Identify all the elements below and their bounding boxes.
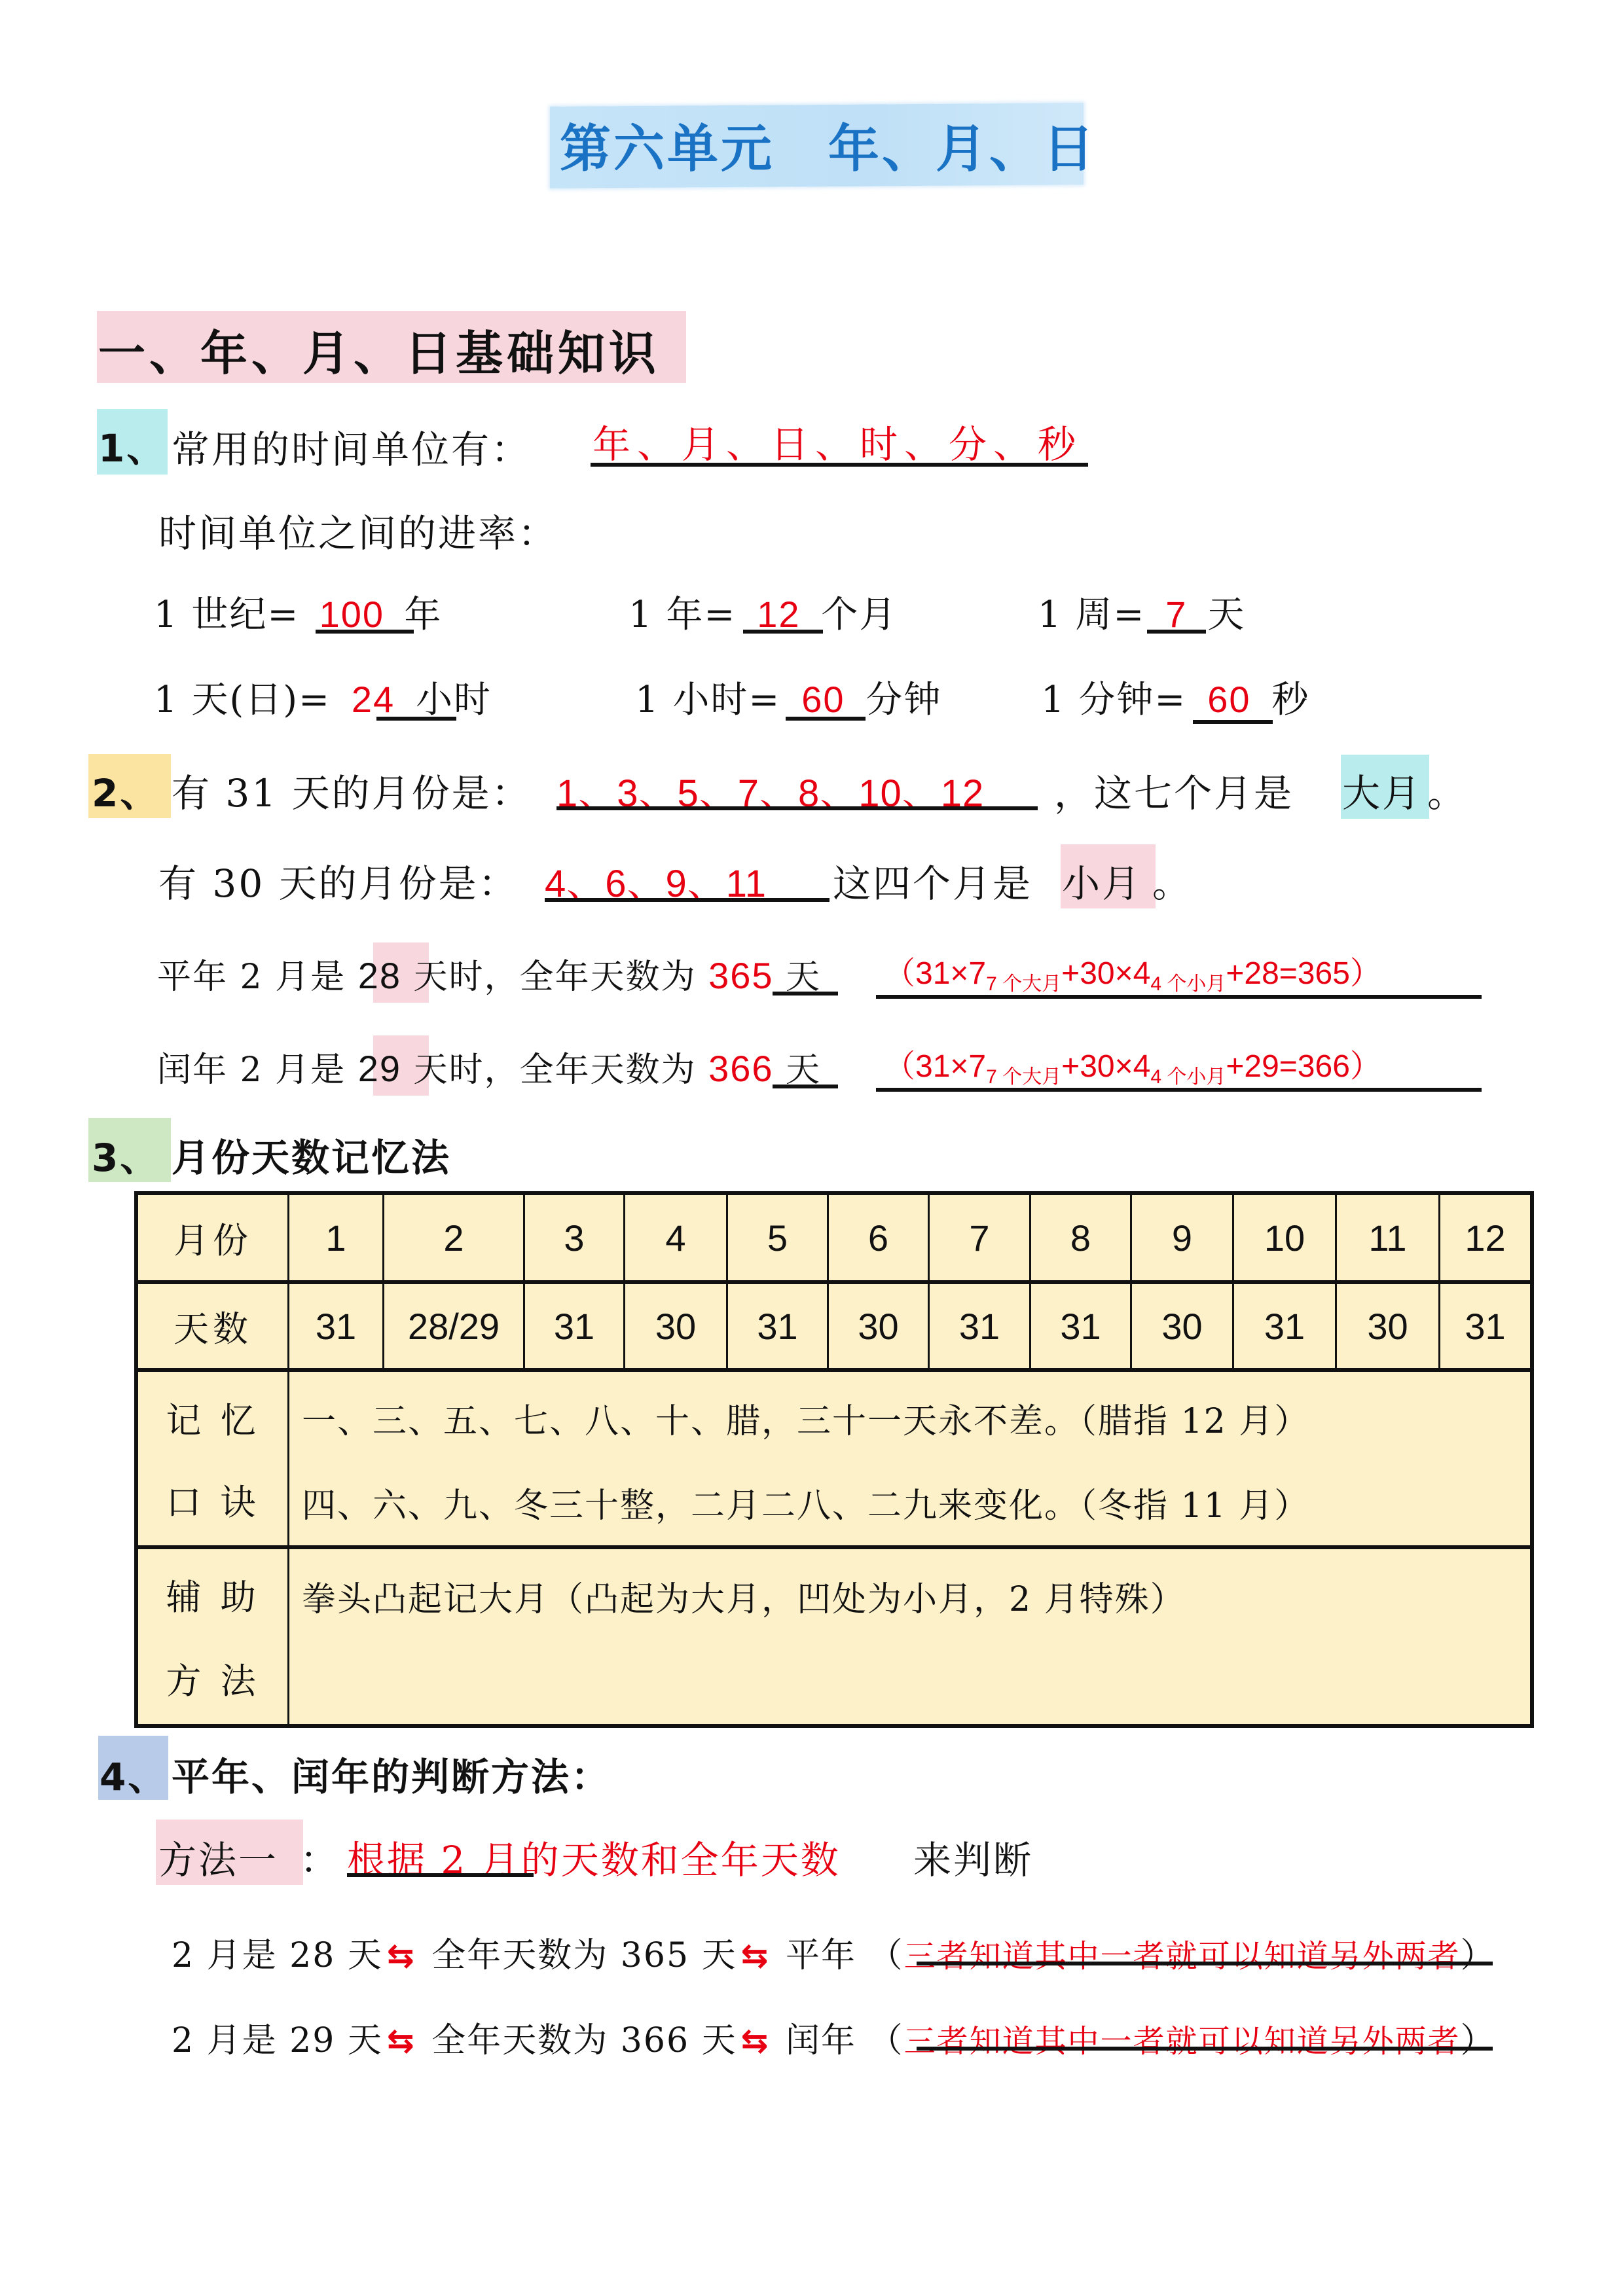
item2-line2-suffix: 这四个月是 xyxy=(833,853,1032,908)
text: 天时，全年天数为 xyxy=(414,1050,697,1090)
common-year-formula: （31×77 个大月+30×44 个小月+28=365） xyxy=(884,948,1381,996)
relation-note: 三者知道其中一者就可以知道另外两者 xyxy=(904,1938,1461,1975)
month-cell: 9 xyxy=(1132,1195,1232,1280)
bidirectional-arrow-icon: ⇆ xyxy=(741,1937,770,1975)
formula-part: （31×7 xyxy=(884,1049,986,1084)
formula-part: +30×4 xyxy=(1061,956,1150,991)
days-cell: 31 xyxy=(289,1284,382,1368)
rate-week: 1 周=7天 xyxy=(1038,586,1245,638)
rate-value: 24 xyxy=(331,678,416,721)
relation-c: 闰年 xyxy=(786,2021,856,2060)
days-cell: 31 xyxy=(930,1284,1029,1368)
rate-unit: 秒 xyxy=(1271,679,1309,721)
bidirectional-arrow-icon: ⇆ xyxy=(741,2022,770,2060)
formula-part: +30×4 xyxy=(1061,1049,1150,1084)
answer-underline xyxy=(1193,720,1273,724)
month-cell: 11 xyxy=(1337,1195,1438,1280)
text: 天 xyxy=(786,1050,821,1090)
month-days-table: 月份 1 2 3 4 5 6 7 8 9 10 11 12 天数 31 28/2… xyxy=(134,1191,1534,1728)
table-rule xyxy=(138,1368,1530,1372)
rate-prefix: 1 天(日)= xyxy=(154,679,331,721)
method1-label: 方法一 xyxy=(158,1829,278,1884)
mnemonic-line-1: 一、三、五、七、八、十、腊，三十一天永不差。（腊指 12 月） xyxy=(302,1393,1309,1443)
relation-c: 平年 xyxy=(786,1936,856,1975)
item3-number: 3、 xyxy=(92,1127,160,1182)
answer-underline xyxy=(347,1873,534,1877)
rate-unit: 个月 xyxy=(821,594,897,636)
month-cell: 3 xyxy=(525,1195,623,1280)
answer-underline xyxy=(917,1962,1493,1965)
leap-year-formula: （31×77 个大月+30×44 个小月+29=366） xyxy=(884,1041,1381,1089)
rate-unit: 天 xyxy=(1207,594,1245,636)
days-cell: 28/29 xyxy=(384,1284,523,1368)
relation-b: 全年天数为 366 天 xyxy=(431,2021,737,2060)
answer-underline xyxy=(786,717,866,721)
item1-number: 1、 xyxy=(98,418,166,473)
relation-a: 2 月是 29 天 xyxy=(172,2021,383,2060)
method1-suffix: 来判断 xyxy=(913,1829,1033,1884)
row-label-month: 月份 xyxy=(138,1195,287,1280)
relation-note: 三者知道其中一者就可以知道另外两者 xyxy=(904,2023,1461,2060)
small-month-term: 小月 xyxy=(1062,853,1142,908)
formula-part: +29=366） xyxy=(1226,1049,1381,1084)
rate-minute: 1 分钟=60秒 xyxy=(1041,671,1309,723)
aux-text: 拳头凸起记大月（凸起为大月，凹处为小月，2 月特殊） xyxy=(302,1571,1186,1621)
bidirectional-arrow-icon: ⇆ xyxy=(387,1937,416,1975)
answer-underline xyxy=(591,463,1088,467)
month-cell: 7 xyxy=(930,1195,1029,1280)
table-rule xyxy=(138,1545,1530,1549)
rates-label: 时间单位之间的进率： xyxy=(158,503,558,558)
row-label-days: 天数 xyxy=(138,1284,287,1368)
formula-sub: 7 个大月 xyxy=(986,1066,1061,1088)
text: 天时，全年天数为 xyxy=(414,958,697,997)
feb-days: 29 xyxy=(358,1048,401,1089)
formula-sub: 7 个大月 xyxy=(986,973,1061,995)
bidirectional-arrow-icon: ⇆ xyxy=(387,2022,416,2060)
year-total: 365 xyxy=(708,955,773,996)
days-cell: 31 xyxy=(1031,1284,1130,1368)
rate-value: 60 xyxy=(1186,678,1271,721)
rate-value: 60 xyxy=(780,678,866,721)
rate-hour: 1 小时=60分钟 xyxy=(635,671,941,723)
item1-label: 常用的时间单位有： xyxy=(172,419,531,474)
days-cell: 31 xyxy=(525,1284,623,1368)
formula-sub: 4 个小月 xyxy=(1150,1066,1226,1088)
section-heading: 一、年、月、日基础知识 xyxy=(98,315,660,384)
answer-underline xyxy=(376,717,456,721)
answer-underline xyxy=(917,2047,1493,2051)
leap-year-line: 闰年 2 月是 29 天时，全年天数为 366 天 xyxy=(157,1042,821,1091)
days-cell: 30 xyxy=(1132,1284,1232,1368)
period: 。 xyxy=(1427,762,1467,817)
item2-line1-suffix: ，这七个月是 xyxy=(1054,762,1294,817)
relation-b: 全年天数为 365 天 xyxy=(431,1936,737,1975)
text: 闰年 2 月是 xyxy=(157,1050,346,1090)
answer-underline xyxy=(545,898,830,902)
month-cell: 4 xyxy=(625,1195,726,1280)
relation-row: 2 月是 28 天⇆ 全年天数为 365 天⇆ 平年 （三者知道其中一者就可以知… xyxy=(172,1928,1496,1977)
month-cell: 2 xyxy=(384,1195,523,1280)
text: 天 xyxy=(786,958,821,997)
answer-underline xyxy=(743,630,823,634)
mnemonic-label-1: 记 忆 xyxy=(138,1382,287,1454)
answer-underline xyxy=(773,992,838,996)
days-cell: 31 xyxy=(1440,1284,1530,1368)
answer-underline xyxy=(556,806,1038,810)
rate-unit: 分钟 xyxy=(866,679,941,721)
item4-number: 4、 xyxy=(100,1746,168,1801)
big-month-term: 大月 xyxy=(1342,762,1422,817)
paren-close: ） xyxy=(1461,1936,1496,1975)
item4-heading: 平年、闰年的判断方法： xyxy=(172,1746,611,1801)
month-cell: 10 xyxy=(1234,1195,1335,1280)
month-cell: 5 xyxy=(728,1195,827,1280)
year-total: 366 xyxy=(708,1048,773,1089)
month-cell: 8 xyxy=(1031,1195,1130,1280)
mnemonic-line-2: 四、六、九、冬三十整，二月二八、二九来变化。（冬指 11 月） xyxy=(302,1478,1309,1527)
rate-day: 1 天(日)=24小时 xyxy=(154,671,492,723)
item2-line1-prefix: 有 31 天的月份是： xyxy=(172,762,532,817)
answer-underline xyxy=(876,1088,1482,1092)
formula-part: +28=365） xyxy=(1226,956,1381,991)
answer-underline xyxy=(316,630,414,634)
days-cell: 30 xyxy=(625,1284,726,1368)
aux-label-1: 辅 助 xyxy=(138,1558,287,1630)
paren-open: （ xyxy=(869,1936,904,1975)
relation-a: 2 月是 28 天 xyxy=(172,1936,383,1975)
relation-row: 2 月是 29 天⇆ 全年天数为 366 天⇆ 闰年 （三者知道其中一者就可以知… xyxy=(172,2013,1496,2062)
rate-unit: 小时 xyxy=(416,679,492,721)
rate-prefix: 1 分钟= xyxy=(1041,679,1186,721)
rate-prefix: 1 世纪= xyxy=(154,594,299,636)
item1-answer: 年、月、日、时、分、秒 xyxy=(593,414,1082,469)
days-cell: 31 xyxy=(728,1284,827,1368)
month-cell: 12 xyxy=(1440,1195,1530,1280)
month-cell: 1 xyxy=(289,1195,382,1280)
paren-open: （ xyxy=(869,2021,904,2060)
rate-prefix: 1 周= xyxy=(1038,594,1145,636)
days-cell: 30 xyxy=(1337,1284,1438,1368)
days-cell: 31 xyxy=(1234,1284,1335,1368)
aux-label-2: 方 法 xyxy=(138,1642,287,1714)
period: 。 xyxy=(1152,853,1192,908)
answer-underline xyxy=(1147,630,1206,634)
text: 平年 2 月是 xyxy=(157,958,346,997)
rate-prefix: 1 年= xyxy=(629,594,736,636)
formula-part: （31×7 xyxy=(884,956,986,991)
item2-line2-prefix: 有 30 天的月份是： xyxy=(158,853,519,908)
method1-colon: ： xyxy=(300,1829,340,1884)
item3-heading: 月份天数记忆法 xyxy=(172,1127,451,1182)
days-cell: 30 xyxy=(829,1284,928,1368)
page-title: 第六单元 年、月、日 xyxy=(560,108,1097,181)
month-cell: 6 xyxy=(829,1195,928,1280)
feb-days: 28 xyxy=(358,955,401,996)
rate-prefix: 1 小时= xyxy=(635,679,780,721)
item2-number: 2、 xyxy=(92,762,160,817)
mnemonic-label-2: 口 诀 xyxy=(138,1463,287,1535)
answer-underline xyxy=(876,995,1482,999)
formula-sub: 4 个小月 xyxy=(1150,973,1226,995)
paren-close: ） xyxy=(1461,2021,1496,2060)
answer-underline xyxy=(773,1085,838,1088)
common-year-line: 平年 2 月是 28 天时，全年天数为 365 天 xyxy=(157,949,821,998)
